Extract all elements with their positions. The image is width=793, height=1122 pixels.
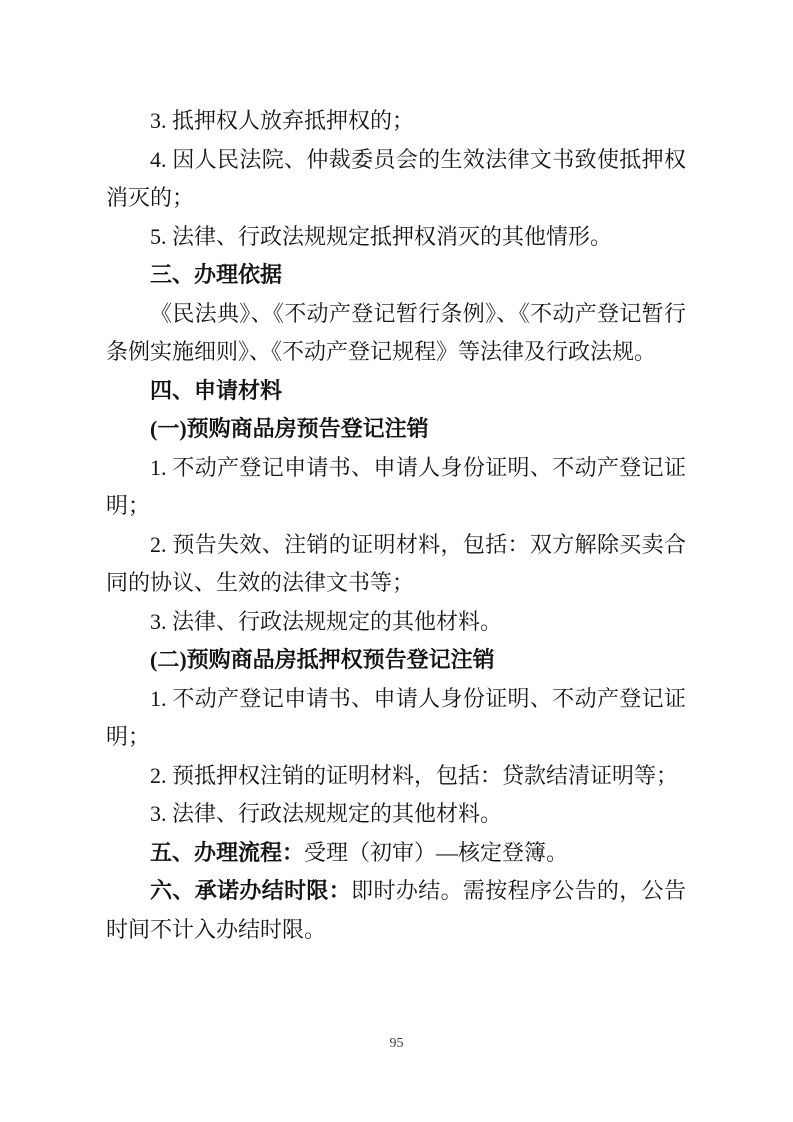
subsection-heading-2: (二)预购商品房抵押权预告登记注销 (106, 641, 686, 680)
material-item-1b: 1. 不动产登记申请书、申请人身份证明、不动产登记证明； (106, 680, 686, 757)
page-number: 95 (0, 1034, 793, 1054)
process-text: 受理（初审）—核定登簿。 (304, 840, 568, 865)
material-item-2: 2. 预告失效、注销的证明材料，包括：双方解除买卖合同的协议、生效的法律文书等； (106, 526, 686, 603)
material-item-3b: 3. 法律、行政法规规定的其他材料。 (106, 795, 686, 834)
paragraph-process: 五、办理流程：受理（初审）—核定登簿。 (106, 834, 686, 873)
process-label: 五、办理流程： (150, 840, 304, 865)
section-heading-3: 三、办理依据 (106, 256, 686, 295)
time-limit-label: 六、承诺办结时限： (150, 878, 351, 903)
material-item-2b: 2. 预抵押权注销的证明材料，包括：贷款结清证明等； (106, 757, 686, 796)
material-item-1: 1. 不动产登记申请书、申请人身份证明、不动产登记证明； (106, 449, 686, 526)
paragraph-time-limit: 六、承诺办结时限：即时办结。需按程序公告的，公告时间不计入办结时限。 (106, 872, 686, 949)
material-item-3: 3. 法律、行政法规规定的其他材料。 (106, 603, 686, 642)
list-item-3: 3. 抵押权人放弃抵押权的； (106, 102, 686, 141)
paragraph-legal-basis: 《民法典》、《不动产登记暂行条例》、《不动产登记暂行条例实施细则》、《不动产登记… (106, 295, 686, 372)
document-body: 3. 抵押权人放弃抵押权的； 4. 因人民法院、仲裁委员会的生效法律文书致使抵押… (106, 102, 686, 949)
document-page: 3. 抵押权人放弃抵押权的； 4. 因人民法院、仲裁委员会的生效法律文书致使抵押… (0, 0, 793, 1122)
list-item-4: 4. 因人民法院、仲裁委员会的生效法律文书致使抵押权消灭的； (106, 141, 686, 218)
subsection-heading-1: (一)预购商品房预告登记注销 (106, 410, 686, 449)
list-item-5: 5. 法律、行政法规规定抵押权消灭的其他情形。 (106, 218, 686, 257)
section-heading-4: 四、申请材料 (106, 372, 686, 411)
